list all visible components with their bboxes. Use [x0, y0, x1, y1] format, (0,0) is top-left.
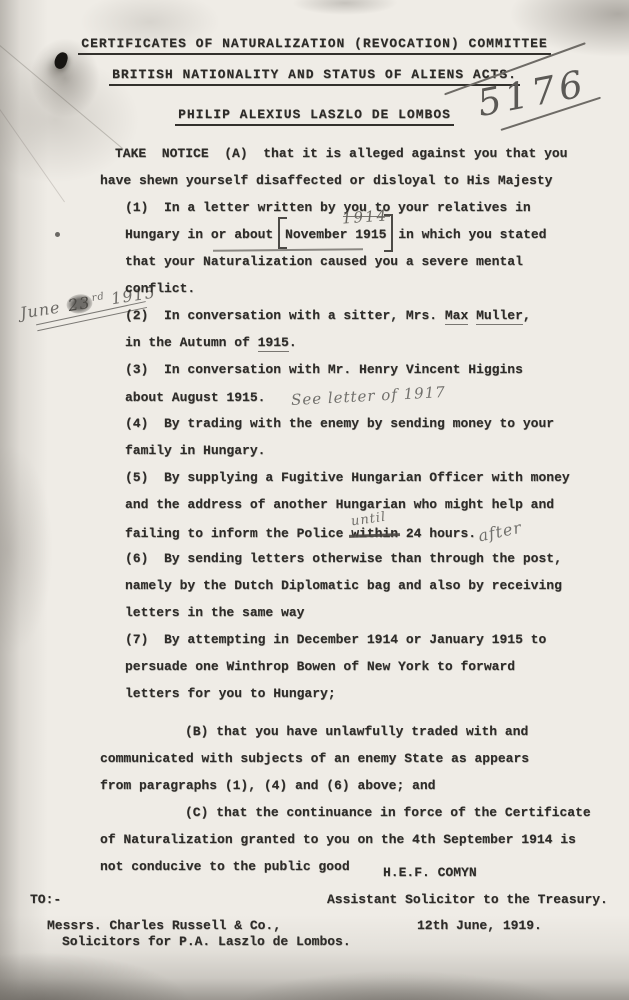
text-segment: not conducive to the public good [100, 859, 350, 874]
text-segment: letters in the same way [125, 605, 304, 620]
text-segment: (4) By trading with the enemy by sending… [125, 416, 554, 431]
line-item7-2: persuade one Winthrop Bowen of New York … [125, 653, 600, 680]
line-b-1: (B) that you have unlawfully traded with… [185, 718, 600, 745]
line-c-2: of Naturalization granted to you on the … [100, 826, 600, 853]
text-segment: TAKE NOTICE (A) that it is alleged again… [115, 146, 567, 161]
to-label: TO:- [30, 892, 61, 907]
text-segment [468, 308, 476, 323]
text-segment: of Naturalization granted to you on the … [100, 832, 576, 847]
line-item1-3: that your Naturalization caused you a se… [125, 248, 600, 275]
line-item1-2: Hungary in or about November 19151914 in… [125, 221, 600, 248]
line-b-2: communicated with subjects of an enemy S… [100, 745, 600, 772]
line-item1-4: conflict. [125, 275, 600, 302]
line-item2-1: (2) In conversation with a sitter, Mrs. … [125, 302, 600, 329]
line-item6-3: letters in the same way [125, 599, 600, 626]
signatory-name: H.E.F. COMYN [383, 865, 477, 880]
text-segment: . [289, 335, 297, 350]
text-segment: conflict. [125, 281, 195, 296]
text-segment: 24 hours. [398, 526, 476, 541]
addressee-role: Solicitors for P.A. Laszlo de Lombos. [62, 934, 351, 949]
committee-title: CERTIFICATES OF NATURALIZATION (REVOCATI… [78, 36, 550, 55]
bracketed-date: November 19151914 [281, 221, 390, 248]
subject-name-title: PHILIP ALEXIUS LASZLO DE LOMBOS [175, 107, 454, 126]
text-segment: 1915 [258, 335, 289, 352]
line-item5-3: failing to inform the Police withinuntil… [125, 518, 600, 545]
handwritten-see-letter-note: See letter of 1917 [291, 379, 447, 414]
line-item2-2: in the Autumn of 1915. [125, 329, 600, 356]
text-segment: (6) By sending letters otherwise than th… [125, 551, 562, 566]
text-segment: your relatives in [390, 200, 530, 215]
line-c-3: not conducive to the public good [100, 853, 600, 880]
handwritten-date-correction: 1914 [341, 202, 389, 232]
line-item3-2: about August 1915.See letter of 1917 [125, 383, 600, 410]
line-take-notice: TAKE NOTICE (A) that it is alleged again… [115, 140, 600, 167]
line-item3-1: (3) In conversation with Mr. Henry Vince… [125, 356, 600, 383]
text-segment: (2) In conversation with a sitter, Mrs. [125, 308, 445, 323]
acts-title: BRITISH NATIONALITY AND STATUS OF ALIENS… [109, 67, 520, 86]
line-item7-3: letters for you to Hungary; [125, 680, 600, 707]
text-segment: in the Autumn of [125, 335, 258, 350]
handwritten-word-until: until [350, 504, 389, 536]
text-segment: communicated with subjects of an enemy S… [100, 751, 529, 766]
text-segment: (C) that the continuance in force of the… [185, 805, 591, 820]
line-item6-2: namely by the Dutch Diplomatic bag and a… [125, 572, 600, 599]
text-segment: (3) In conversation with Mr. Henry Vince… [125, 362, 523, 377]
ink-speck [55, 232, 60, 237]
text-segment: failing to inform the Police [125, 526, 351, 541]
line-item4-2: family in Hungary. [125, 437, 600, 464]
text-segment: (B) that you have unlawfully traded with… [185, 724, 528, 739]
line-item4-1: (4) By trading with the enemy by sending… [125, 410, 600, 437]
text-segment: about August 1915. [125, 390, 265, 405]
line-c-1: (C) that the continuance in force of the… [185, 799, 600, 826]
document-date: 12th June, 1919. [417, 918, 542, 933]
handwritten-word-after: after [476, 514, 525, 550]
line-item7-1: (7) By attempting in December 1914 or Ja… [125, 626, 600, 653]
text-segment: Muller [476, 308, 523, 325]
text-segment: family in Hungary. [125, 443, 265, 458]
struck-word-within: withinuntil [351, 520, 398, 547]
text-segment: (5) By supplying a Fugitive Hungarian Of… [125, 470, 570, 485]
document-body: TAKE NOTICE (A) that it is alleged again… [100, 140, 600, 880]
text-segment: namely by the Dutch Diplomatic bag and a… [125, 578, 562, 593]
text-segment: (1) In a letter written by [125, 200, 343, 215]
scanned-document-page: CERTIFICATES OF NATURALIZATION (REVOCATI… [0, 0, 629, 1000]
text-segment: that your Naturalization caused you a se… [125, 254, 523, 269]
line-take-notice-2: have shewn yourself disaffected or dislo… [100, 167, 600, 194]
text-segment: (7) By attempting in December 1914 or Ja… [125, 632, 546, 647]
text-segment: in which you stated [390, 227, 546, 242]
addressee-firm: Messrs. Charles Russell & Co., [47, 918, 281, 933]
text-segment: letters for you to Hungary; [125, 686, 336, 701]
text-segment: from paragraphs (1), (4) and (6) above; … [100, 778, 435, 793]
text-segment: persuade one Winthrop Bowen of New York … [125, 659, 515, 674]
text-segment: , [523, 308, 531, 323]
text-segment: have shewn yourself disaffected or dislo… [100, 173, 552, 188]
text-segment: Hungary in or about [125, 227, 281, 242]
text-segment: Max [445, 308, 468, 325]
signatory-title: Assistant Solicitor to the Treasury. [327, 892, 608, 907]
text-segment: and the address of another Hungarian who… [125, 497, 554, 512]
line-b-3: from paragraphs (1), (4) and (6) above; … [100, 772, 600, 799]
line-item6-1: (6) By sending letters otherwise than th… [125, 545, 600, 572]
line-item5-1: (5) By supplying a Fugitive Hungarian Of… [125, 464, 600, 491]
